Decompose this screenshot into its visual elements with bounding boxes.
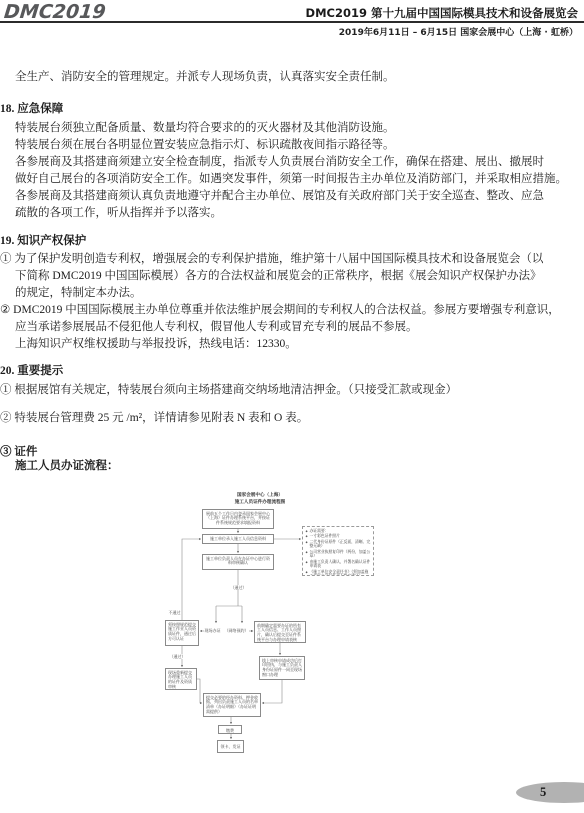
header-rule (0, 21, 584, 23)
flow-box-submit-materials: 提交必要的经办资料、押金收据，列出负责施工人员的名单清单（办证明细）（办证证明需… (203, 693, 261, 717)
body-line: 上海知识产权维权援助与举报投诉，热线电话：12330。 (15, 338, 572, 351)
requirement-item: 一寸彩色证件照片 (306, 534, 371, 539)
flow-box-requirements: 办证需要： 一寸彩色证件照片 二代身份证原件（正反面，清晰、完整无缺） 公司营业… (302, 526, 374, 576)
section-20-heading: 20. 重要提示 (15, 365, 572, 378)
body-line: 特装展台须独立配备质量、数量均符合要求的的灭火器材及其他消防设施。 (15, 122, 572, 135)
body-line: 下简称 DMC2019 中国国际模展）各方的合法权益和展览会的正常秩序，根据《展… (15, 270, 572, 283)
flow-box-online-result: 线上审核申请成功后打印回执，与施工负责人身份证原件一同至现场窗口办理 (259, 656, 305, 680)
document-page: DMC2019 DMC2019 第十九届中国国际模具技术和设备展览会 2019年… (0, 0, 584, 813)
flow-box-onsite-resubmit: 现场重新提交办理施工人员的证件及资质审核 (165, 668, 197, 690)
page-number: 5 (540, 782, 584, 803)
flowchart-caption: 施工人员办证流程： (15, 460, 572, 473)
badge-process-flowchart: 国家会展中心（上海） 施工人员证件办理流程图 展前五个工作日内登录国家会展中心（… (160, 488, 390, 766)
dmc-logo: DMC2019 (3, 1, 107, 23)
body-line: 全生产、消防安全的管理规定。并派专人现场负责，认真落实安全责任制。 (15, 71, 572, 84)
requirement-item: 二代身份证原件（正反面，清晰、完整无缺） (306, 540, 371, 549)
body-line-item-3: ③ 证件 (15, 446, 572, 459)
body-line-item-2: ② DMC2019 中国国际模展主办单位尊重并依法维护展会期间的专利权人的合法权… (15, 304, 572, 317)
flow-box-onsite-requirements: 须按照规范提交施工作业人员资质证件，通过后方可认证 (165, 620, 199, 646)
body-line: 做好自己展台的各项消防安全工作。如遇突发事件，须第一时间报告主办单位及消防部门，… (15, 173, 572, 186)
section-19-heading: 19. 知识产权保护 (15, 235, 572, 248)
flow-label-online: （网络预约） (224, 628, 249, 633)
flowchart-title-line1: 国家会展中心（上海） (190, 492, 330, 498)
body-line: 各参展商及其搭建商须认真负责地遵守并配合主办单位、展馆及有关政府部门关于安全巡查… (15, 190, 572, 203)
requirement-item: 《施工单位安全责任书》（须加盖施工单位公章及负责人签名确认） (306, 570, 371, 576)
body-line: 应当承诺参展展品不侵犯他人专利权，假冒他人专利或冒充专利的展品不参展。 (15, 321, 572, 334)
flowchart-title-line2: 施工人员证件办理流程图 (190, 499, 330, 505)
body-line: 疏散的各项工作，听从指挥并予以落实。 (15, 207, 572, 220)
flow-box-review: 施工单位负责人员在办证中心进行资料审核确认 (202, 554, 274, 570)
body-line-item-1: ① 为了保护发明创造专利权，增强展会的专利保护措施，维护第十八届中国国际模具技术… (15, 253, 572, 266)
document-title: DMC2019 第十九届中国国际模具技术和设备展览会 (306, 5, 578, 21)
requirement-item: 办证需要： (306, 529, 371, 534)
flow-label-onsite: 现场办证 (204, 628, 221, 633)
flow-label-pass: （通过） (222, 585, 255, 590)
requirement-item: 由施工负责人确认，并署名确认证件申请表 (306, 560, 371, 569)
flow-label-pass2: （通过） (169, 654, 186, 659)
body-line-item-1: ① 根据展馆有关规定，特装展台须向主场搭建商交纳场地清洁押金。（只接受汇款或现金… (15, 384, 572, 397)
flow-box-input: 施工单位录入施工人员信息资料 (202, 534, 274, 544)
document-date-line: 2019年6月11日 – 6月15日 国家会展中心（上海 · 虹桥） (339, 25, 578, 38)
page-number-badge: 5 (516, 782, 584, 803)
body-line-item-2: ② 特装展台管理费 25 元 /m²，详情请参见附表 N 表和 O 表。 (15, 412, 572, 425)
requirement-item: 公司营业执照复印件（两份，加盖公章） (306, 550, 371, 559)
flow-box-online-preparation: 前期确定需要办证的所有工人员信息、工作人员照片，确认后提交至证件系统平台与办理申… (254, 621, 306, 643)
body-line: 特装展台须在展台各明显位置安装应急指示灯、标识疏散夜间指示路径等。 (15, 139, 572, 152)
flow-label-fail: 不通过 (168, 610, 181, 615)
body-line: 的规定，特制定本办法。 (15, 287, 572, 300)
body-line: 各参展商及其搭建商须建立安全检查制度，指派专人负责展台消防安全工作，确保在搭建、… (15, 156, 572, 169)
section-18-heading: 18. 应急保障 (15, 103, 572, 116)
flow-box-issue-badge: 领卡、发证 (217, 740, 244, 753)
flow-box-register: 展前五个工作日内登录国家会展中心（上海）证件办理系统平台，并按证件系统规范要求填… (202, 509, 274, 529)
flow-box-payment: 缴费 (218, 725, 242, 734)
